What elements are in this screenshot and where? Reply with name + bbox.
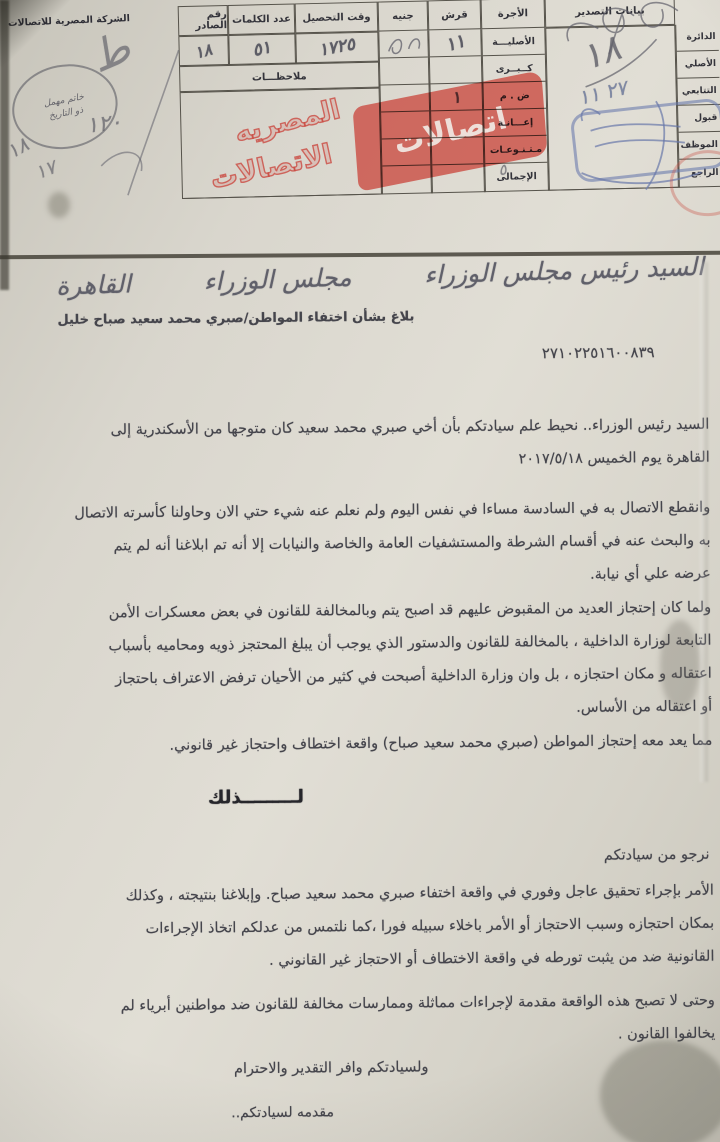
paper-crease: [700, 262, 708, 782]
submitted-by-line: مقدمه لسيادتكم..: [231, 1104, 334, 1121]
scanned-document-photo: الشركة المصرية للاتصالات بيانات التصدير …: [0, 0, 720, 1142]
header-pounds: جنيه: [378, 0, 429, 31]
paragraph-line: بمكان احتجازه وسبب الاحتجاز أو الأمر باخ…: [146, 916, 715, 937]
telegram-form: الشركة المصرية للاتصالات بيانات التصدير …: [0, 0, 720, 223]
request-intro: نرجو من سيادتكم: [604, 847, 710, 864]
paragraph-line: وانقطع الاتصال به في السادسة مساءا في نف…: [74, 500, 710, 522]
paragraph-line: ولما كان إحتجاز العديد من المقبوض عليهم …: [109, 600, 712, 622]
fare-row-original: الأصليـــة: [482, 28, 545, 56]
paragraph-line: التابعة لوزارة الداخلية ، بالمخالفة للقا…: [108, 633, 711, 655]
header-outgoing-number: رقم الصادر: [178, 5, 229, 36]
header-word-count: عدد الكلمات: [228, 3, 296, 35]
complaint-letter: السيد رئيس مجلس الوزراء مجلس الوزراء الق…: [0, 255, 720, 1142]
paragraph-line: به والبحث عنه في أقسام الشرطة والمستشفيا…: [113, 533, 710, 555]
paragraph-line: اعتقاله و مكان احتجازه ، بل وان وزارة ال…: [115, 666, 712, 688]
subject-line: بلاغ بشأن اختفاء المواطن/صبري محمد سعيد …: [57, 309, 414, 327]
paragraph-line: وحتى لا تصبح هذه الواقعة مقدمة لإجراءات …: [121, 993, 715, 1015]
paragraph-line: القاهرة يوم الخميس ٢٠١٧/٥/١٨: [518, 450, 709, 468]
address-recipient: السيد رئيس مجلس الوزراء: [424, 252, 705, 290]
paper-smudge: [48, 192, 70, 218]
closing-line: ولسيادتكم وافر التقدير والاحترام: [234, 1059, 429, 1077]
address-office: مجلس الوزراء: [203, 263, 352, 297]
photo-edge: [0, 0, 9, 290]
value-piasters-original: ١١: [443, 30, 468, 56]
paper-smudge: [600, 1040, 720, 1142]
value-outgoing-number: ١٨: [193, 39, 215, 62]
oval-stamp-line2: ذو التاريخ: [48, 105, 84, 121]
paragraph-line: عرضه علي أي نيابة.: [590, 566, 711, 583]
header-collection-time: وقت التحصيل: [295, 2, 379, 34]
value-word-count: ٥١: [251, 37, 273, 61]
notes-label: ملاحظـــات: [252, 71, 307, 83]
handwritten-address-line: السيد رئيس مجلس الوزراء مجلس الوزراء الق…: [56, 252, 705, 301]
cell-collection-time: ١٧٢٥: [295, 32, 379, 64]
handwritten-17-left: ١٧: [32, 156, 59, 184]
red-stamp-word-side: الاتصالات: [208, 139, 335, 196]
paragraph-line: الأمر بإجراء تحقيق عاجل وفوري في واقعة ا…: [126, 883, 714, 905]
paper-smudge: [660, 620, 700, 710]
cell-word-count: ٥١: [228, 33, 296, 65]
paragraph-line: مما يعد معه إحتجاز المواطن (صبري محمد سع…: [169, 733, 712, 754]
pencil-scribble-pounds-cell: [380, 28, 427, 59]
national-id-number: ٢٧١٠٢٢٥١٦٠٠٨٣٩: [542, 343, 655, 362]
header-piasters: قرش: [428, 0, 482, 30]
red-stamp-block-text: اتصالات: [390, 101, 510, 161]
paragraph-line: السيد رئيس الوزراء.. نحيط علم سيادتكم بأ…: [110, 417, 709, 439]
paragraph-line: القانونية ضد من يثبت تورطه في واقعة الاخ…: [269, 949, 715, 969]
value-collection-time: ١٧٢٥: [317, 34, 357, 60]
piasters-original-cell: ١١: [429, 29, 481, 57]
address-city: القاهرة: [56, 269, 132, 300]
therefore-word: لـــــــــذلك: [176, 786, 336, 809]
header-fare: الأجرة: [481, 0, 546, 29]
